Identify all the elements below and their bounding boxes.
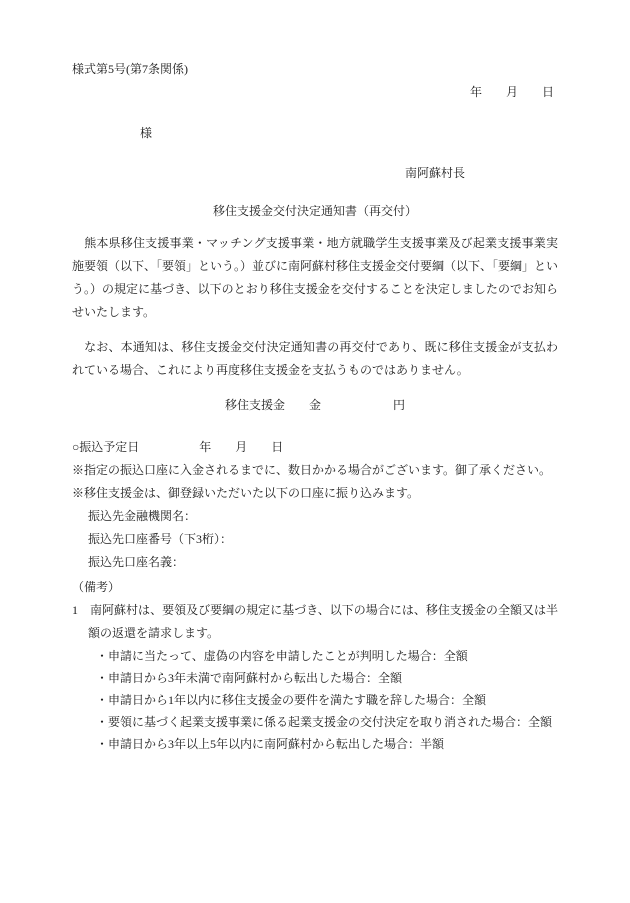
remarks-heading: （備考）: [72, 576, 558, 599]
form-number: 様式第5号(第7条関係): [72, 58, 558, 81]
remarks-bullet-list: ・申請に当たって、虚偽の内容を申請したことが判明した場合：全額 ・申請日から3年…: [72, 645, 558, 755]
remarks-item-number: 1: [72, 603, 78, 617]
amount-line: 移住支援金 金 円: [72, 394, 558, 417]
remarks-bullet: ・申請に当たって、虚偽の内容を申請したことが判明した場合：全額: [72, 645, 558, 667]
remarks-bullet: ・申請日から3年未満で南阿蘇村から転出した場合：全額: [72, 667, 558, 689]
account-holder-field: 振込先口座名義：: [72, 551, 558, 574]
document-page: 様式第5号(第7条関係) 年 月 日 様 南阿蘇村長 移住支援金交付決定通知書（…: [0, 0, 630, 903]
note-account: ※移住支援金は、御登録いただいた以下の口座に振り込みます。: [72, 482, 558, 505]
addressee-line: 様: [72, 122, 558, 145]
remarks-bullet: ・申請日から3年以上5年以内に南阿蘇村から転出した場合：半額: [72, 733, 558, 755]
bank-name-field: 振込先金融機関名：: [72, 505, 558, 528]
sender-line: 南阿蘇村長: [405, 162, 558, 185]
document-title: 移住支援金交付決定通知書（再交付）: [72, 200, 558, 223]
remarks-bullet: ・要領に基づく起業支援事業に係る起業支援金の交付決定を取り消された場合：全額: [72, 711, 558, 733]
remarks-bullet: ・申請日から1年以内に移住支援金の要件を満たす職を辞した場合：全額: [72, 689, 558, 711]
body-paragraph-2: なお、本通知は、移住支援金交付決定通知書の再交付であり、既に移住支援金が支払われ…: [72, 336, 558, 382]
date-line: 年 月 日: [72, 81, 558, 104]
transfer-date-line: ○振込予定日 年 月 日: [72, 436, 558, 459]
note-deposit-delay: ※指定の振込口座に入金されるまでに、数日かかる場合がございます。御了承ください。: [72, 459, 558, 482]
account-number-field: 振込先口座番号（下3桁）：: [72, 528, 558, 551]
remarks-item-1: 1南阿蘇村は、要領及び要綱の規定に基づき、以下の場合には、移住支援金の全額又は半…: [72, 599, 558, 645]
remarks-item-text: 南阿蘇村は、要領及び要綱の規定に基づき、以下の場合には、移住支援金の全額又は半額…: [88, 603, 558, 640]
body-paragraph-1: 熊本県移住支援事業・マッチング支援事業・地方就職学生支援事業及び起業支援事業実施…: [72, 232, 558, 324]
